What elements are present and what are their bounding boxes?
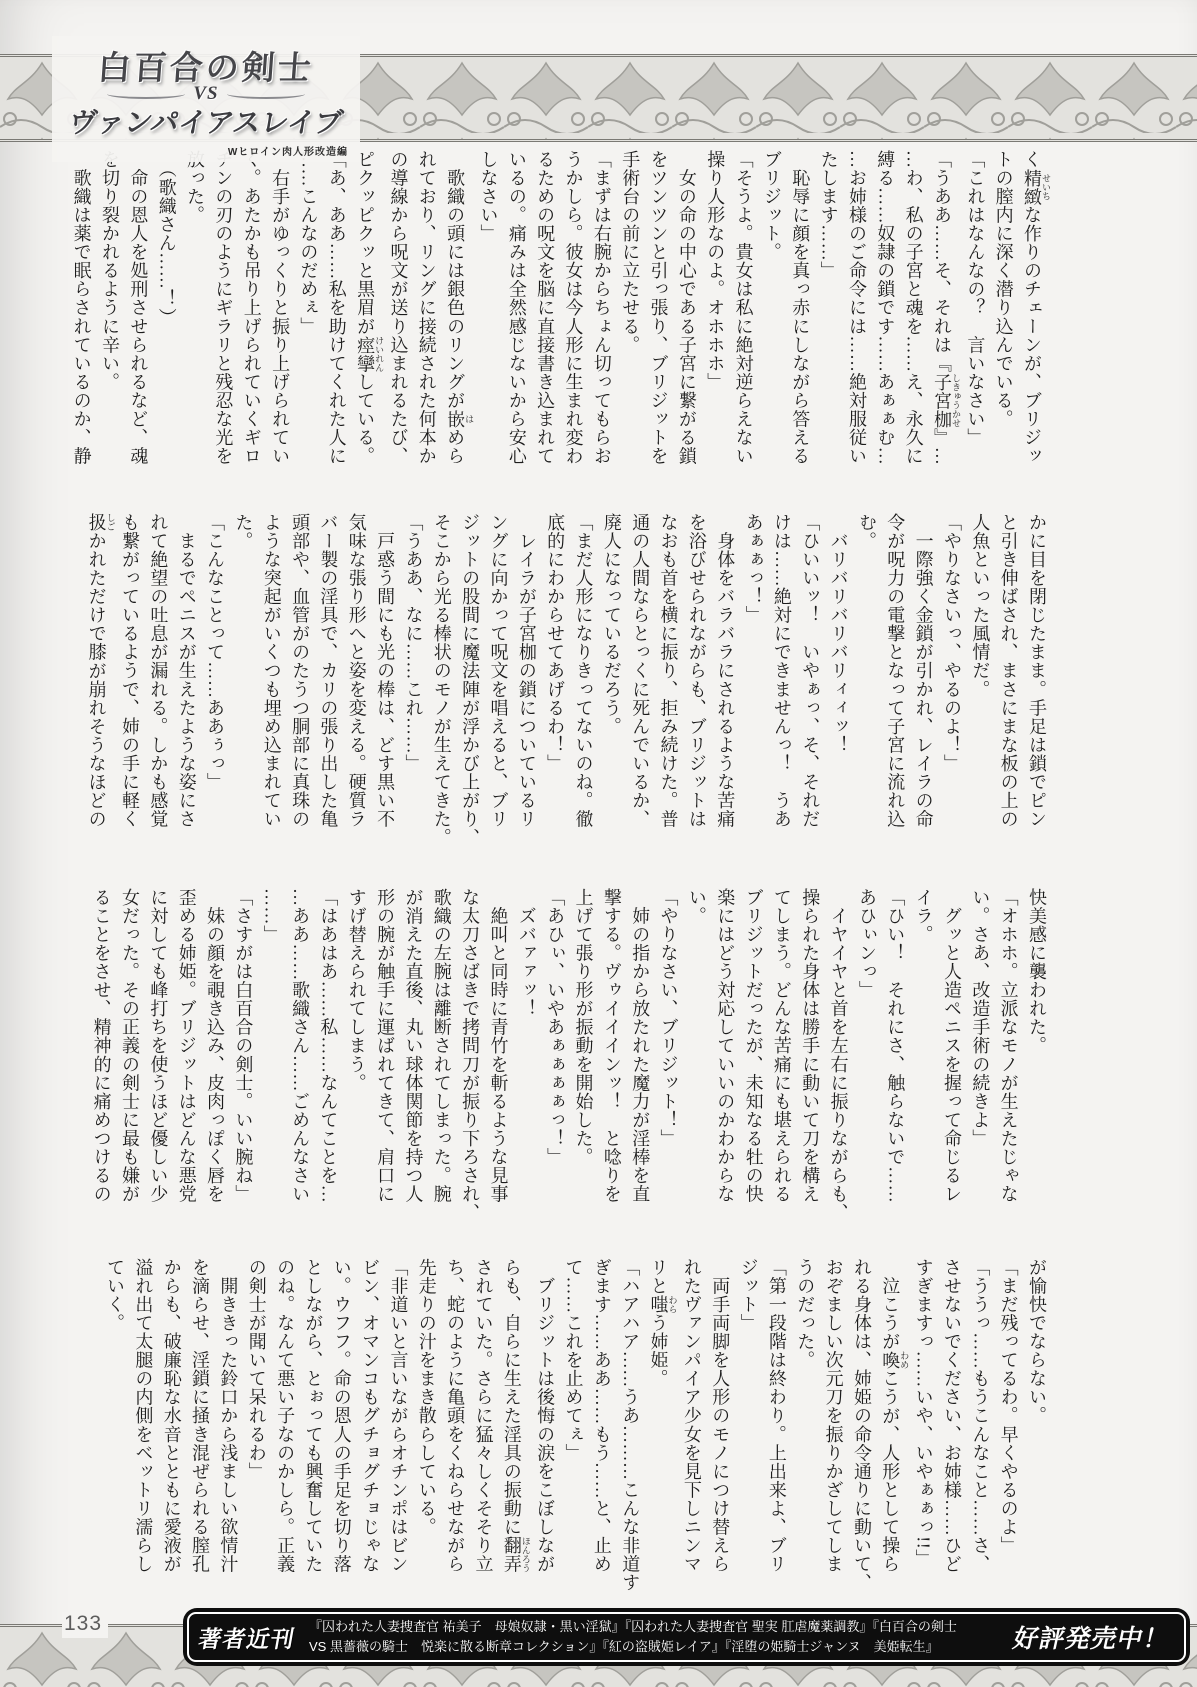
text-column: ジットの股間に魔法陣が浮かび上がり、 xyxy=(456,513,484,850)
text-column: 「非道いと言いながらオチンポはビン xyxy=(384,1258,412,1595)
text-column: ングに向かって呪文を唱えると、ブリ xyxy=(484,513,512,850)
text-column: 手術台の前に立たせる。 xyxy=(616,150,644,487)
text-column: 絶叫と同時に青竹を斬るような見事 xyxy=(484,888,512,1225)
text-column: ジット」 xyxy=(734,1258,762,1595)
text-column: うかしら。彼女は今人形に生まれ変わ xyxy=(559,150,587,487)
text-column: らも、自らに生えた淫具の振動に翻弄ほんろう xyxy=(497,1258,530,1595)
text-column: ぎます……ああ……もう……と、止め xyxy=(588,1258,616,1595)
text-column: の剣士が聞いて呆れるわ」 xyxy=(242,1258,270,1595)
text-column: に対しても峰打ちを使うほど優しい少 xyxy=(144,888,172,1225)
text-column: うのだった。 xyxy=(791,1258,819,1595)
text-band-3: 快美感に襲われた。「オホホ。立派なモノが生えたじゃない。さあ、改造手術の続きよ」… xyxy=(85,888,1051,1225)
text-column: …お姉様のご命令には……絶対服従い xyxy=(843,150,871,487)
text-column: 気味な張り形へと姿を変える。硬質ラ xyxy=(342,513,370,850)
text-column: 撃する。ヴゥイイインッ！ と唸りを xyxy=(598,888,626,1225)
footer-titles-line1: 『囚われた人妻捜査官 祐美子 母娘奴隷・黒い淫獄』『囚われた人妻捜査官 聖実 肛… xyxy=(309,1617,1000,1637)
text-column: た。 xyxy=(229,513,257,850)
text-column: るための呪文を脳に直接書き込まれて xyxy=(531,150,559,487)
text-column: 「うああ、なに……これ……」 xyxy=(399,513,427,850)
text-band-1: く精緻せいちな作りのチェーンが、ブリジットの膣内に深く潜り込んでいる。「これはな… xyxy=(85,150,1051,487)
text-column: かに目を閉じたまま。手足は鎖でピン xyxy=(1023,513,1051,850)
text-column: をツンツンと引っ張り、ブリジットを xyxy=(644,150,672,487)
text-column: ……こんなのだめぇ」 xyxy=(294,150,322,487)
text-column: チンの刃のようにギラリと残忍な光を xyxy=(209,150,237,487)
footer-book-titles: 『囚われた人妻捜査官 祐美子 母娘奴隷・黒い淫獄』『囚われた人妻捜査官 聖実 肛… xyxy=(309,1617,1000,1657)
text-column: 「さすがは白百合の剣士。いい腕ね」 xyxy=(229,888,257,1225)
text-column: れたヴァンパイア少女を見下しニンマ xyxy=(678,1258,706,1595)
text-column: ブリジットだったが、未知なる牡の快 xyxy=(739,888,767,1225)
text-column: バー製の淫具で、カリの張り出した亀 xyxy=(314,513,342,850)
text-column: の導線から呪文が送り込まれるたび、 xyxy=(384,150,412,487)
text-column: のね。なんて悪い子なのかしら。正義 xyxy=(271,1258,299,1595)
text-column: としながら、とぉっても興奮していた xyxy=(299,1258,327,1595)
text-column: バリバリバリバリィィッ！ xyxy=(824,513,852,850)
text-column: 廃人になっているだろう。 xyxy=(598,513,626,850)
text-column: い。さあ、改造手術の続きよ」 xyxy=(966,888,994,1225)
text-column: 「ハアハア……うあ………こんな非道す xyxy=(616,1258,644,1595)
text-column: すぎますっ……いや、いやぁぁっ!!」 xyxy=(909,1258,937,1595)
text-column: させないでください、お姉様……ひど xyxy=(938,1258,966,1595)
text-column: 「第一段階は終わり。上出来よ、ブリ xyxy=(763,1258,791,1595)
footer-on-sale-badge: 好評発売中！ xyxy=(1010,1619,1174,1655)
text-column: ……」 xyxy=(257,888,285,1225)
text-column: い。ウフフ。命の恩人の手足を切り落 xyxy=(327,1258,355,1595)
text-column: 女の命の中心である子宮に繋がる鎖 xyxy=(673,150,701,487)
logo-title-line1: 白百合の剣士 xyxy=(58,42,353,89)
logo-flourish-right xyxy=(227,89,305,99)
text-column: …わ、私の子宮と魂を……え、永久に xyxy=(899,150,927,487)
text-column: 身体をバラバラにされるような苦痛 xyxy=(711,513,739,850)
text-column: を滴らせ、淫鎖に掻き混ぜられる膣孔 xyxy=(186,1258,214,1595)
text-column: を浴びせられながらも、ブリジットは xyxy=(683,513,711,850)
text-column: ブリジット。 xyxy=(758,150,786,487)
text-column: 底的にわからせてあげるわ！」 xyxy=(541,513,569,850)
text-column: を切り裂かれるように辛い。 xyxy=(96,150,124,487)
text-column: 「はあはあ……私……なんてことを… xyxy=(314,888,342,1225)
text-column: な太刀さばきで拷問刀が振り下ろされ、 xyxy=(456,888,484,1225)
text-column: 令が呪力の電撃となって子宮に流れ込 xyxy=(881,513,909,850)
text-column: が消えた直後、丸い球体関節を持つ人 xyxy=(399,888,427,1225)
text-column: てしまう。どんな苦痛にも堪えられる xyxy=(768,888,796,1225)
text-column: く。あたかも吊り上げられていくギロ xyxy=(237,150,265,487)
text-column: ような突起がいくつも埋め込まれてい xyxy=(257,513,285,850)
text-column: と引き伸ばされ、まさにまな板の上の xyxy=(994,513,1022,850)
text-column: 「ひいいッ！ いやぁっ、そ、それだ xyxy=(796,513,824,850)
logo-flourish-left xyxy=(107,89,185,99)
text-column: 歪める姉姫。ブリジットはどんな悪党 xyxy=(172,888,200,1225)
text-column: 操られた身体は勝手に動いて刀を構え xyxy=(796,888,824,1225)
text-column: 「ううっ……もうこんなこと……さ、 xyxy=(966,1258,994,1595)
text-column: 「まずは右腕からちょん切ってもらお xyxy=(588,150,616,487)
text-column: おぞましい次元刀を振りかざしてしま xyxy=(819,1258,847,1595)
text-column: 女だった。その正義の剣士に最も嫌が xyxy=(116,888,144,1225)
text-column: 開ききった鈴口から浅ましい欲情汁 xyxy=(214,1258,242,1595)
logo-subtitle: Wヒロイン肉人形改造編 xyxy=(60,143,352,158)
text-column: 歌織は薬で眠らされているのか、静 xyxy=(67,150,95,487)
text-column: あぁぁっ！」 xyxy=(739,513,767,850)
text-column: ピクッピクッと黒眉が痙攣けいれんしている。 xyxy=(351,150,384,487)
footer-ad-bar: 著者近刊 『囚われた人妻捜査官 祐美子 母娘奴隷・黒い淫獄』『囚われた人妻捜査官… xyxy=(183,1608,1190,1666)
text-band-2: かに目を閉じたまま。手足は鎖でピンと引き伸ばされ、まさにまな板の上の人魚といった… xyxy=(85,513,1051,850)
footer-titles-line2: VS 黒薔薇の騎士 悦楽に散る断章コレクション』『紅の盗賊姫レイア』『淫堕の姫騎… xyxy=(309,1637,1000,1657)
text-column: （歌織さん……！） xyxy=(152,150,180,487)
text-column: ていく。 xyxy=(101,1258,129,1595)
text-column: 妹の顔を覗き込み、皮肉っぽく唇を xyxy=(201,888,229,1225)
text-column: しなさい」 xyxy=(474,150,502,487)
text-column: 「まだ人形になりきってないのね。徹 xyxy=(569,513,597,850)
text-column: されていた。さらに猛々しくそそり立 xyxy=(469,1258,497,1595)
text-band-4: が愉快でならない。「まだ残ってるわ。早くやるのよ」「ううっ……もうこんなこと……… xyxy=(85,1258,1051,1595)
text-column: て……これを止めてぇ」 xyxy=(559,1258,587,1595)
text-column: けは……絶対にできませんっ！ うあ xyxy=(768,513,796,850)
footer-bar-content: 著者近刊 『囚われた人妻捜査官 祐美子 母娘奴隷・黒い淫獄』『囚われた人妻捜査官… xyxy=(183,1608,1190,1666)
text-column: れており、リングに接続された何本か xyxy=(412,150,440,487)
text-column: 人魚といった風情だ。 xyxy=(966,513,994,850)
text-column: グッと人造ペニスを握って命じるレ xyxy=(938,888,966,1225)
text-column: 歌織の左腕は離断されてしまった。腕 xyxy=(427,888,455,1225)
text-column: 形の腕が触手に運ばれてきて、肩口に xyxy=(371,888,399,1225)
text-column: 「うああ……そ、それは『子宮枷しきゅうかせ』… xyxy=(928,150,961,487)
text-column: 「こんなことって……ああぅっ」 xyxy=(201,513,229,850)
text-column: 「そうよ。貴女は私に絶対逆らえない xyxy=(729,150,757,487)
text-column: トの膣内に深く潜り込んでいる。 xyxy=(989,150,1017,487)
text-column: れて絶望の吐息が漏れる。しかも感覚 xyxy=(144,513,172,850)
text-column: まるでペニスが生えたような姿にさ xyxy=(172,513,200,850)
text-column: ち、蛇のように亀頭をくねらせながら xyxy=(441,1258,469,1595)
text-column: すげ替えられてしまう。 xyxy=(342,888,370,1225)
text-column: ブリジットは後悔の涙をこぼしなが xyxy=(531,1258,559,1595)
text-column: 快美感に襲われた。 xyxy=(1023,888,1051,1225)
text-column: い。 xyxy=(683,888,711,1225)
text-column: 恥辱に顔を真っ赤にしながら答える xyxy=(786,150,814,487)
text-column: も繋がっているようで、姉の手に軽く xyxy=(116,513,144,850)
text-column: 「あひぃ、いやあぁぁぁぁっ！」 xyxy=(541,888,569,1225)
page-number: 133 xyxy=(62,1612,108,1638)
text-column: いるの。痛みは全然感じないから安心 xyxy=(502,150,530,487)
text-column: 「まだ残ってるわ。早くやるのよ」 xyxy=(994,1258,1022,1595)
text-column: が愉快でならない。 xyxy=(1023,1258,1051,1595)
text-column: 「あ、ああ……私を助けてくれた人に xyxy=(322,150,350,487)
book-logo: 白百合の剣士 VS ヴァンパイアスレイブ Wヒロイン肉人形改造編 xyxy=(52,36,360,162)
text-column: 先走りの汁をまき散らしている。 xyxy=(412,1258,440,1595)
text-column: ることをさせ、精神的に痛めつけるの xyxy=(87,888,115,1225)
text-column: あひぃンっ」 xyxy=(853,888,881,1225)
text-column: 一際強く金鎖が引かれ、レイラの命 xyxy=(909,513,937,850)
text-column: く精緻せいちな作りのチェーンが、ブリジッ xyxy=(1018,150,1051,487)
text-column: 戸惑う間にも光の棒は、どす黒い不 xyxy=(371,513,399,850)
footer-label: 著者近刊 xyxy=(196,1621,298,1654)
text-column: 両手両脚を人形のモノにつけ替えら xyxy=(706,1258,734,1595)
text-column: れる身体は、姉姫の命令通りに動いて、 xyxy=(848,1258,876,1595)
text-column: イヤイヤと首を左右に振りながらも、 xyxy=(824,888,852,1225)
text-column: 「ひい！ それにさ、触らないで…… xyxy=(881,888,909,1225)
text-column: リと嗤わらう姉姫。 xyxy=(644,1258,677,1595)
text-column: 命の恩人を処刑させられるなど、魂 xyxy=(124,150,152,487)
text-column: ビン、オマンコもグチョグチョじゃな xyxy=(356,1258,384,1595)
text-column: 通の人間ならとっくに死んでいるか、 xyxy=(626,513,654,850)
text-column: 姉の指から放たれた魔力が淫棒を直 xyxy=(626,888,654,1225)
text-column: 楽にはどう対応していいのかわからな xyxy=(711,888,739,1225)
text-column: ズバァァッ！ xyxy=(512,888,540,1225)
text-column: たします……」 xyxy=(814,150,842,487)
text-column: 扱しごかれただけで膝が崩れそうなほどの xyxy=(82,513,115,850)
page: 白百合の剣士 VS ヴァンパイアスレイブ Wヒロイン肉人形改造編 く精緻せいちな… xyxy=(0,0,1197,1687)
text-column: からも、破廉恥な水音とともに愛液が xyxy=(157,1258,185,1595)
text-column: 縛る……奴隷の鎖です……あぁぁむ… xyxy=(871,150,899,487)
text-column: 泣こうが喚わめこうが、人形として操ら xyxy=(876,1258,909,1595)
text-column: 頭部や、血管がのたうつ胴部に真珠の xyxy=(286,513,314,850)
text-column: そこから光る棒状のモノが生えてきた。 xyxy=(427,513,455,850)
text-column: 「オホホ。立派なモノが生えたじゃな xyxy=(994,888,1022,1225)
text-column: なおも首を横に振り、拒み続けた。普 xyxy=(654,513,682,850)
text-column: イラ。 xyxy=(909,888,937,1225)
text-column: 「やりなさいっ、やるのよ！」 xyxy=(938,513,966,850)
text-column: む。 xyxy=(853,513,881,850)
text-column: …ああ……歌織さん……ごめんなさい xyxy=(286,888,314,1225)
text-column: 操り人形なのよ。オホホホ」 xyxy=(701,150,729,487)
text-column: 右手がゆっくりと振り上げられてい xyxy=(266,150,294,487)
text-column: 「やりなさい、ブリジット！」 xyxy=(654,888,682,1225)
text-column: 「これはなんなの？ 言いなさい」 xyxy=(961,150,989,487)
text-column: 溢れ出て太腿の内側をベットリ濡らし xyxy=(129,1258,157,1595)
text-column: 放った。 xyxy=(181,150,209,487)
text-column: レイラが子宮枷の鎖についているリ xyxy=(512,513,540,850)
text-column: 歌織の頭には銀色のリングが嵌はめら xyxy=(441,150,474,487)
logo-title-line2: ヴァンパイアスレイブ xyxy=(57,101,355,141)
text-column: 上げて張り形が振動を開始した。 xyxy=(569,888,597,1225)
